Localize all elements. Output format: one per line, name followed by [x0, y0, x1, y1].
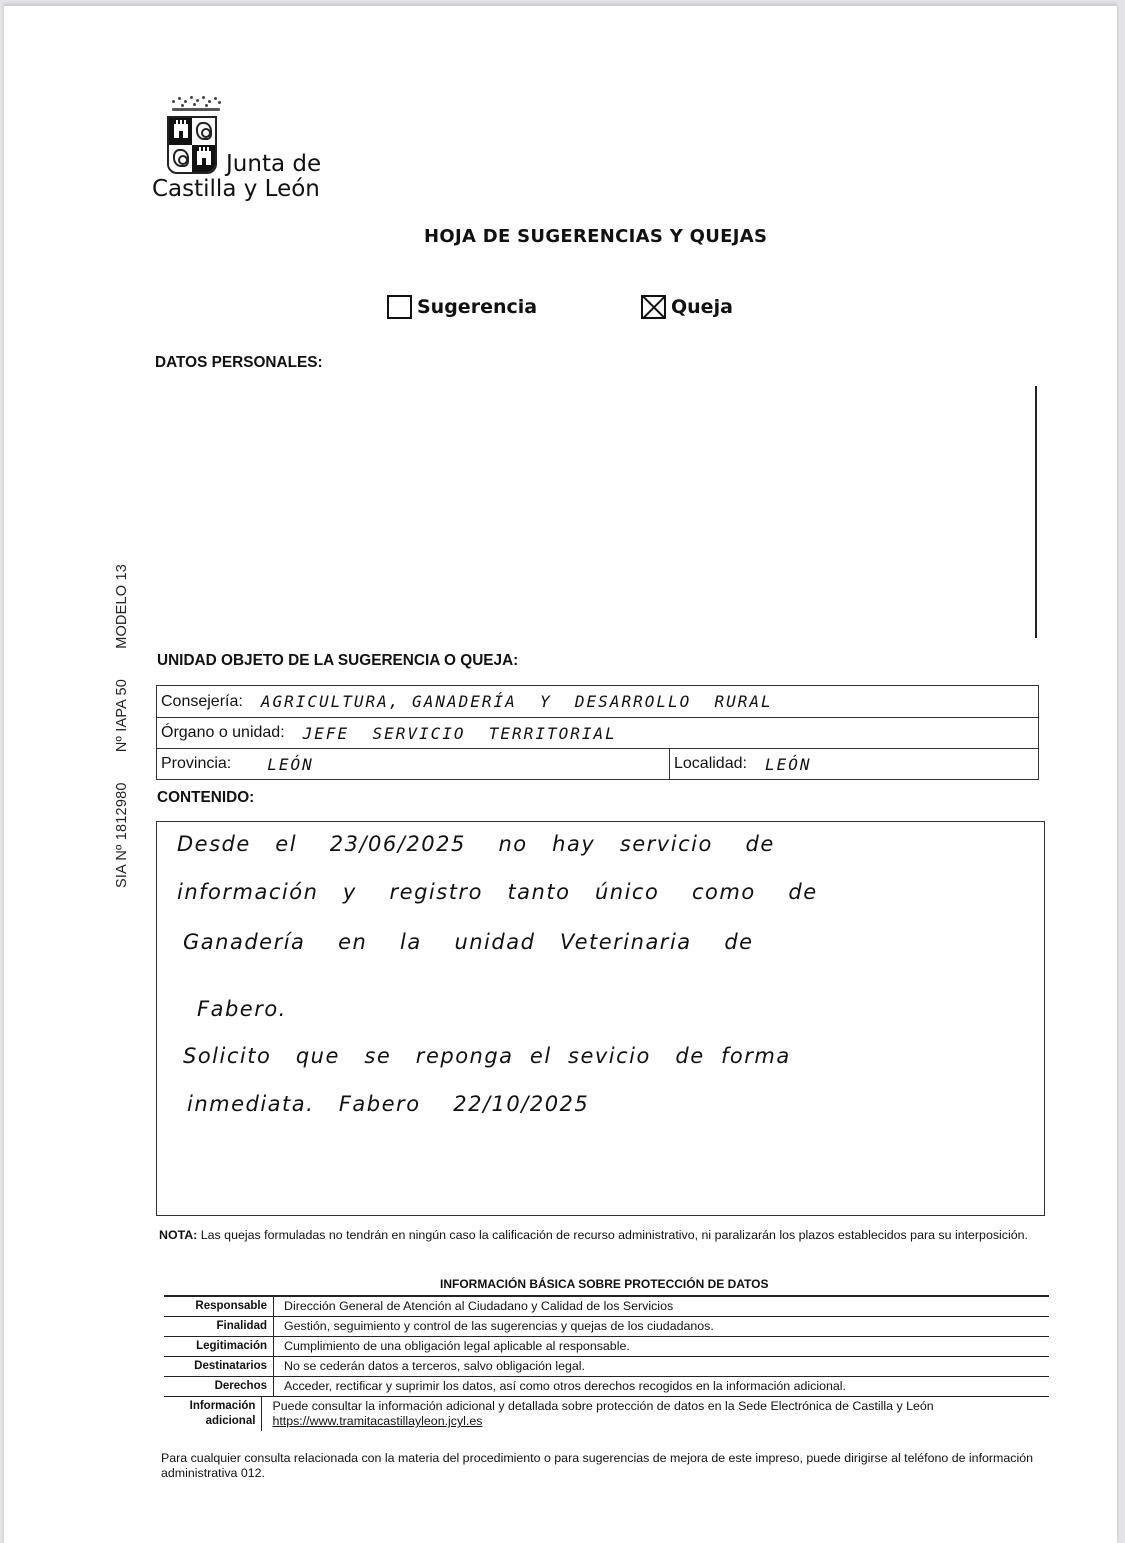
form-title: HOJA DE SUGERENCIAS Y QUEJAS [424, 226, 767, 247]
iapa-number: Nº IAPA 50 [114, 679, 130, 752]
table-row: Derechos Acceder, rectificar y suprimir … [164, 1377, 1049, 1397]
proteccion-datos-title: INFORMACIÓN BÁSICA SOBRE PROTECCIÓN DE D… [440, 1277, 768, 1291]
row-key: Finalidad [164, 1317, 274, 1336]
consejeria-label: Consejería: [161, 693, 243, 711]
modelo-number: MODELO 13 [114, 564, 130, 649]
row-value: Dirección General de Atención al Ciudada… [274, 1297, 673, 1316]
info-adicional-text: Puede consultar la información adicional… [272, 1399, 933, 1413]
document-page: Junta de Castilla y León SIA Nº 1812980 … [4, 4, 1117, 1543]
row-key: Responsable [164, 1297, 274, 1316]
unidad-table: Consejería: AGRICULTURA, GANADERÍA Y DES… [156, 685, 1039, 780]
localidad-label: Localidad: [674, 755, 747, 773]
proteccion-datos-table: Responsable Dirección General de Atenció… [164, 1295, 1049, 1431]
row-key: Derechos [164, 1377, 274, 1396]
table-row: Finalidad Gestión, seguimiento y control… [164, 1317, 1049, 1337]
row-value: Acceder, rectificar y suprimir los datos… [274, 1377, 846, 1396]
datos-personales-heading: DATOS PERSONALES: [155, 354, 323, 372]
row-value: Gestión, seguimiento y control de las su… [274, 1317, 714, 1336]
junta-castilla-leon-logo: Junta de Castilla y León [148, 94, 368, 209]
footer-text: Para cualquier consulta relacionada con … [161, 1451, 1046, 1481]
consejeria-row: Consejería: AGRICULTURA, GANADERÍA Y DES… [157, 686, 1038, 717]
row-key: Legitimación [164, 1337, 274, 1356]
organo-field[interactable]: JEFE SERVICIO TERRITORIAL [303, 724, 617, 743]
option-queja[interactable]: Queja [641, 295, 733, 319]
logo-line-1: Junta de [152, 152, 321, 177]
contenido-line: Solicito que se reponga el sevicio de fo… [183, 1044, 791, 1068]
form-code-vertical: SIA Nº 1812980 Nº IAPA 50 MODELO 13 [114, 551, 130, 901]
row-key: Destinatarios [164, 1357, 274, 1376]
sugerencia-label: Sugerencia [417, 296, 537, 318]
contenido-line: Fabero. [197, 997, 287, 1021]
queja-checkbox-checked[interactable] [641, 295, 666, 319]
nota-label: NOTA: [159, 1228, 197, 1242]
consejeria-field[interactable]: AGRICULTURA, GANADERÍA Y DESARROLLO RURA… [261, 692, 773, 711]
sia-number: SIA Nº 1812980 [114, 782, 130, 888]
table-row: Destinatarios No se cederán datos a terc… [164, 1357, 1049, 1377]
organo-row: Órgano o unidad: JEFE SERVICIO TERRITORI… [157, 717, 1038, 748]
localidad-field[interactable]: LEÓN [765, 755, 812, 774]
row-key-line: adicional [206, 1415, 256, 1427]
provincia-localidad-row: Provincia: LEÓN Localidad: LEÓN [157, 748, 1038, 779]
logo-text: Junta de Castilla y León [152, 152, 321, 202]
contenido-line: información y registro tanto único como … [177, 880, 818, 904]
row-key: Información adicional [164, 1397, 262, 1431]
option-sugerencia[interactable]: Sugerencia [387, 295, 537, 319]
contenido-heading: CONTENIDO: [157, 789, 254, 807]
contenido-line: Desde el 23/06/2025 no hay servicio de [177, 832, 775, 856]
contenido-line: inmediata. Fabero 22/10/2025 [187, 1092, 589, 1116]
row-value: No se cederán datos a terceros, salvo ob… [274, 1357, 585, 1376]
sugerencia-checkbox[interactable] [387, 295, 412, 319]
unidad-heading: UNIDAD OBJETO DE LA SUGERENCIA O QUEJA: [157, 652, 518, 670]
row-value: Cumplimiento de una obligación legal apl… [274, 1337, 630, 1356]
table-row: Información adicional Puede consultar la… [164, 1397, 1049, 1431]
datos-personales-border [1035, 386, 1037, 638]
table-row: Responsable Dirección General de Atenció… [164, 1297, 1049, 1317]
tramita-link[interactable]: https://www.tramitacastillayleon.jcyl.es [272, 1414, 482, 1428]
provincia-label: Provincia: [161, 755, 231, 773]
nota-body: Las quejas formuladas no tendrán en ning… [197, 1228, 1028, 1242]
contenido-line: Ganadería en la unidad Veterinaria de [183, 930, 754, 954]
logo-line-2: Castilla y León [152, 177, 321, 202]
contenido-textarea[interactable]: Desde el 23/06/2025 no hay servicio de i… [156, 821, 1045, 1216]
table-row: Legitimación Cumplimiento de una obligac… [164, 1337, 1049, 1357]
provincia-field[interactable]: LEÓN [267, 755, 314, 774]
row-key-line: Información [190, 1400, 256, 1412]
nota-text: NOTA: Las quejas formuladas no tendrán e… [159, 1228, 1039, 1243]
row-value: Puede consultar la información adicional… [262, 1397, 1049, 1431]
queja-label: Queja [671, 296, 733, 318]
crown-icon [170, 94, 222, 112]
organo-label: Órgano o unidad: [161, 724, 285, 742]
